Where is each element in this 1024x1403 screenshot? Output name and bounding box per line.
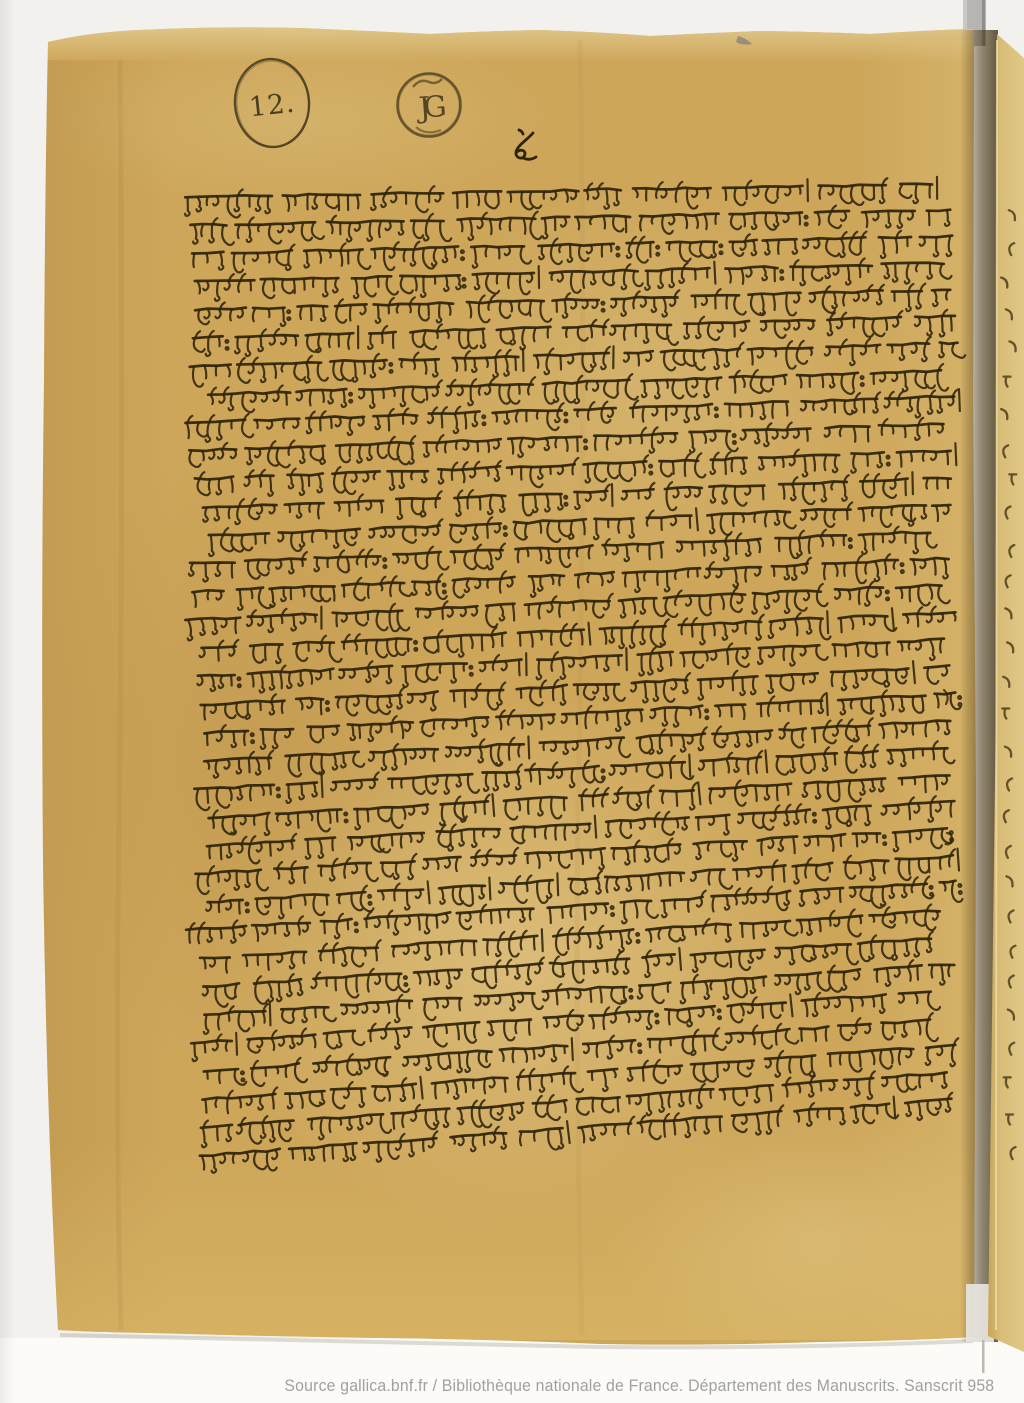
lower-page-edge-line [982, 1340, 985, 1373]
scan-left-shadow [0, 0, 16, 1403]
scan-canvas: 12. JG [0, 0, 1024, 1403]
source-caption: Source gallica.bnf.fr / Bibliothèque nat… [284, 1376, 994, 1396]
manuscript-scan: 12. JG [0, 0, 1024, 1403]
page-edge-highlight [996, 40, 997, 1330]
collection-number: 12. [248, 88, 297, 124]
